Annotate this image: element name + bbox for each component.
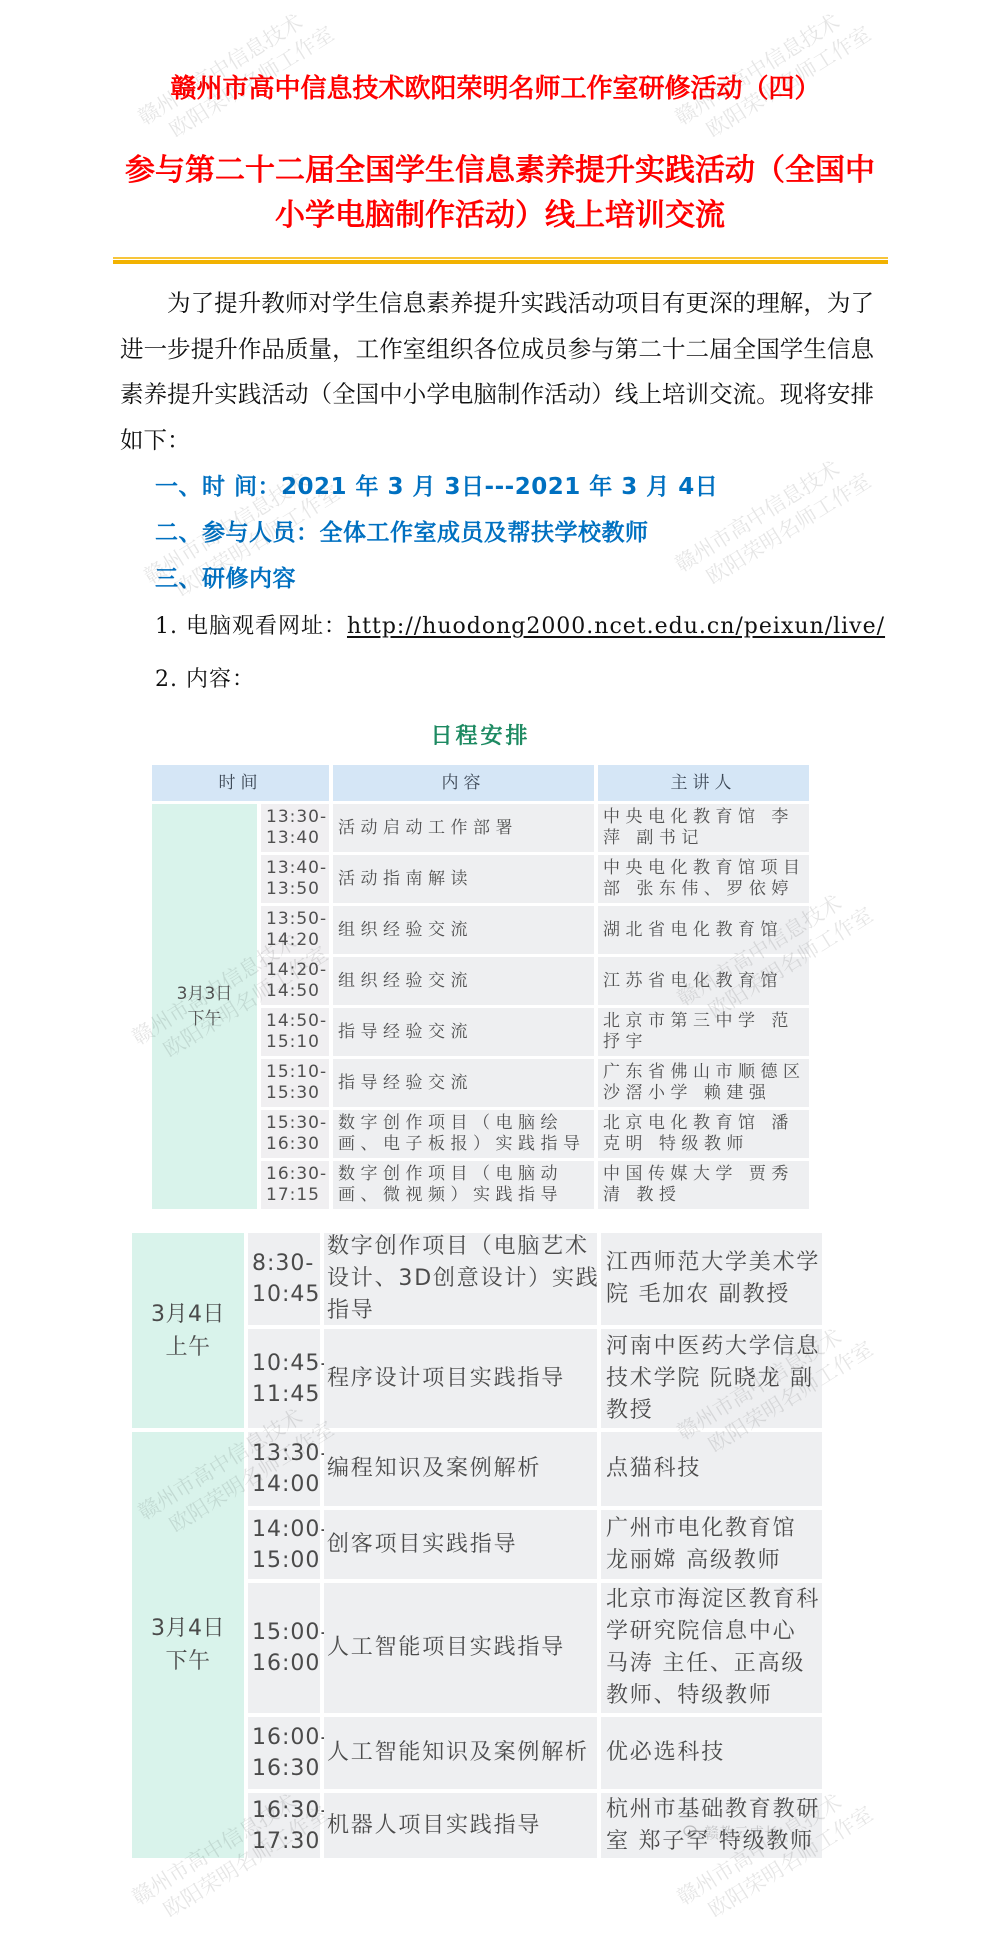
speaker-cell: 北京市海淀区教育科 学研究院信息中心 马涛 主任、正高级 教师、特级教师 <box>601 1583 822 1713</box>
content-cell: 程序设计项目实践指导 <box>324 1329 597 1428</box>
time-cell: 13:30- 14:00 <box>248 1432 320 1506</box>
content-cell: 人工智能知识及案例解析 <box>324 1717 597 1789</box>
time-cell: 14:00- 15:00 <box>248 1510 320 1579</box>
date-cell-afternoon: 3月4日 下午 <box>132 1432 244 1858</box>
time-cell: 13:40- 13:50 <box>261 855 329 903</box>
content-cell: 创客项目实践指导 <box>324 1510 597 1579</box>
time-cell: 16:30- 17:30 <box>248 1793 320 1858</box>
time-cell: 10:45- 11:45 <box>248 1329 320 1428</box>
speaker-cell: 中央电化教育馆项目 部 张东伟、罗依婷 <box>598 855 809 903</box>
source-watermark: 赣教云成长 <box>683 1822 779 1843</box>
header-speaker: 主讲人 <box>598 765 809 801</box>
time-cell: 16:00- 16:30 <box>248 1717 320 1789</box>
speaker-cell: 湖北省电化教育馆 <box>598 906 809 954</box>
wechat-icon <box>683 1825 701 1840</box>
content-cell: 活动启动工作部署 <box>333 804 594 852</box>
time-cell: 13:30- 13:40 <box>261 804 329 852</box>
time-cell: 15:30- 16:30 <box>261 1110 329 1158</box>
schedule-table-day1: 时间 内容 主讲人 3月3日 下午 13:30- 13:40 活动启动工作部署 … <box>152 765 809 1209</box>
time-cell: 15:00- 16:00 <box>248 1583 320 1713</box>
date-cell: 3月3日 下午 <box>152 804 257 1209</box>
section-participants: 二、参与人员：全体工作室成员及帮扶学校教师 <box>155 518 649 548</box>
content-cell: 指导经验交流 <box>333 1008 594 1056</box>
speaker-cell: 广东省佛山市顺德区 沙滘小学 赖建强 <box>598 1059 809 1107</box>
speaker-cell: 中国传媒大学 贾秀 清 教授 <box>598 1161 809 1209</box>
watermark-line1: 赣州市高中信息技术 <box>670 0 871 132</box>
schedule-title: 日程安排 <box>152 724 809 750</box>
speaker-cell: 北京电化教育馆 潘 克明 特级教师 <box>598 1110 809 1158</box>
date-cell-morning: 3月4日 上午 <box>132 1233 244 1428</box>
live-url-link[interactable]: http://huodong2000.ncet.edu.cn/peixun/li… <box>347 614 885 639</box>
watermark-line1: 赣州市高中信息技术 <box>133 0 334 132</box>
time-cell: 13:50- 14:20 <box>261 906 329 954</box>
header-content: 内容 <box>333 765 594 801</box>
title-divider-thin <box>113 257 888 259</box>
content-item: 2. 内容： <box>155 665 255 695</box>
url-label: 1. 电脑观看网址： <box>155 614 347 639</box>
speaker-cell: 江苏省电化教育馆 <box>598 957 809 1005</box>
section-content: 三、研修内容 <box>155 564 296 594</box>
content-cell: 编程知识及案例解析 <box>324 1432 597 1506</box>
document-subtitle: 参与第二十二届全国学生信息素养提升实践活动（全国中小学电脑制作活动）线上培训交流 <box>120 148 880 238</box>
speaker-cell: 中央电化教育馆 李 萍 副书记 <box>598 804 809 852</box>
time-cell: 14:50- 15:10 <box>261 1008 329 1056</box>
intro-paragraph: 为了提升教师对学生信息素养提升实践活动项目有更深的理解，为了进一步提升作品质量，… <box>120 281 874 463</box>
speaker-cell: 江西师范大学美术学 院 毛加农 副教授 <box>601 1233 822 1325</box>
content-cell: 活动指南解读 <box>333 855 594 903</box>
content-cell: 数字创作项目（电脑艺术 设计、3D创意设计）实践 指导 <box>324 1233 597 1325</box>
source-mark-text: 赣教云成长 <box>704 1822 779 1843</box>
content-cell: 组织经验交流 <box>333 906 594 954</box>
header-time: 时间 <box>152 765 329 801</box>
speaker-cell: 优必选科技 <box>601 1717 822 1789</box>
content-cell: 数字创作项目（电脑动 画、微视频）实践指导 <box>333 1161 594 1209</box>
speaker-cell: 广州市电化教育馆 龙丽嫦 高级教师 <box>601 1510 822 1579</box>
speaker-cell: 北京市第三中学 范 抒宇 <box>598 1008 809 1056</box>
section-time: 一、时 间：2021 年 3 月 3日---2021 年 3 月 4日 <box>155 472 718 502</box>
content-cell: 数字创作项目（电脑绘 画、电子板报）实践指导 <box>333 1110 594 1158</box>
content-cell: 人工智能项目实践指导 <box>324 1583 597 1713</box>
content-cell: 指导经验交流 <box>333 1059 594 1107</box>
time-cell: 8:30- 10:45 <box>248 1233 320 1325</box>
speaker-cell: 河南中医药大学信息 技术学院 阮晓龙 副 教授 <box>601 1329 822 1428</box>
time-cell: 14:20- 14:50 <box>261 957 329 1005</box>
schedule-table-day2: 3月4日 上午 3月4日 下午 8:30- 10:45 数字创作项目（电脑艺术 … <box>132 1233 822 1858</box>
time-cell: 16:30- 17:15 <box>261 1161 329 1209</box>
url-item: 1. 电脑观看网址：http://huodong2000.ncet.edu.cn… <box>155 612 885 642</box>
watermark: 赣州市高中信息技术欧阳荣明名师工作室 <box>670 439 887 605</box>
content-cell: 机器人项目实践指导 <box>324 1793 597 1858</box>
speaker-cell: 点猫科技 <box>601 1432 822 1506</box>
content-cell: 组织经验交流 <box>333 957 594 1005</box>
document-title: 赣州市高中信息技术欧阳荣明名师工作室研修活动（四） <box>0 73 991 105</box>
time-cell: 15:10- 15:30 <box>261 1059 329 1107</box>
title-divider-thick <box>113 260 888 264</box>
